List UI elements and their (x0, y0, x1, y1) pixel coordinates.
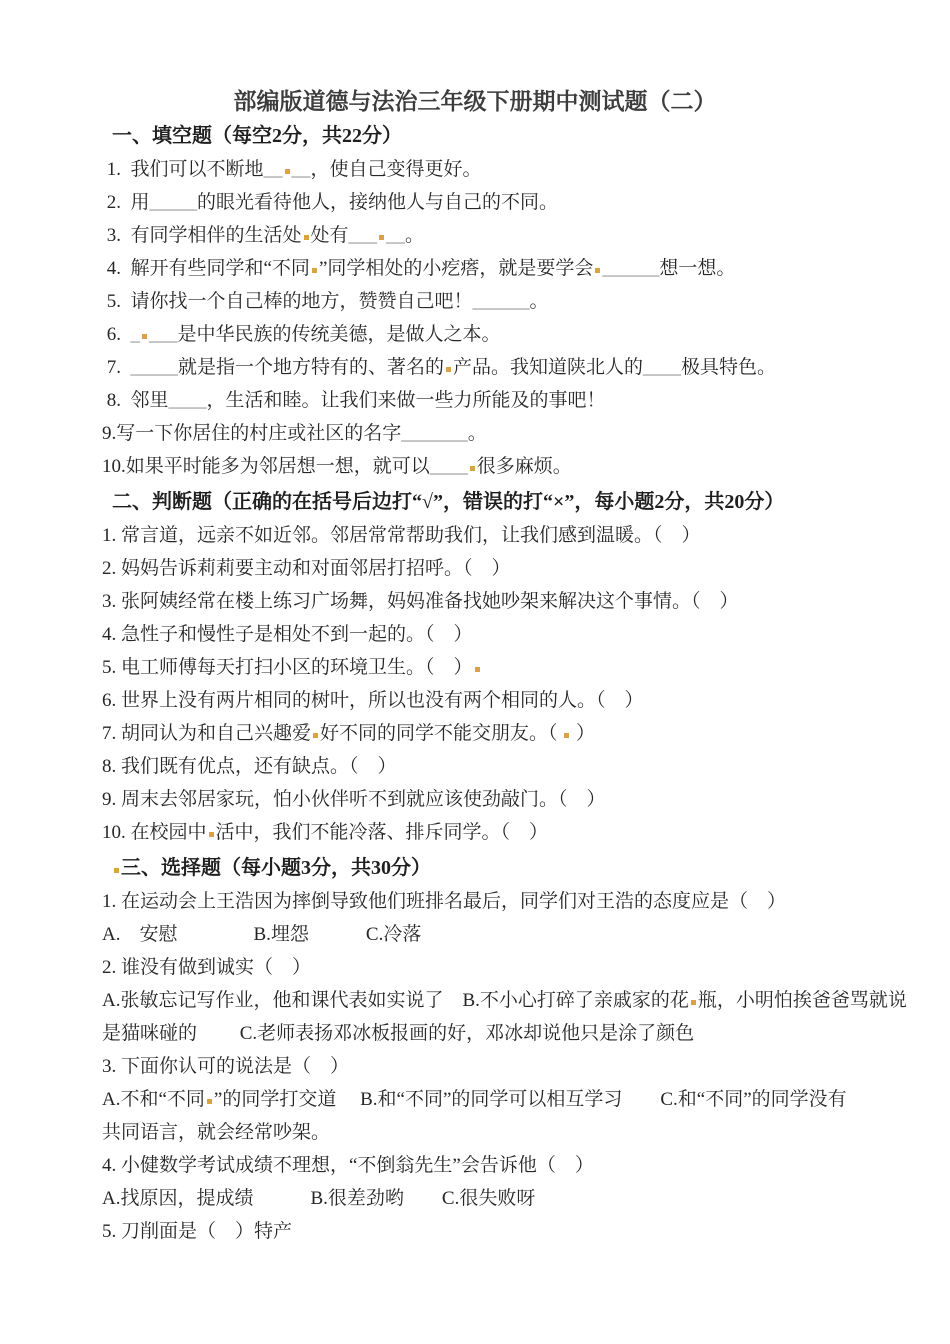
question-line: 9. 周末去邻居家玩，怕小伙伴听不到就应该使劲敲门。（ ） (102, 790, 914, 810)
question-line: 5. 刀削面是（ ）特产 (102, 1222, 914, 1242)
answer-blank: _____ (150, 192, 198, 213)
question-line: 4. 解开有些同学和“不同”同学相处的小疙瘩，就是要学会______想一想。 (102, 259, 914, 279)
options-line: A. 安慰 B.埋怨 C.冷落 (102, 925, 914, 945)
answer-blank: __ (292, 159, 311, 180)
answer-blank: __ (386, 225, 405, 246)
question-line: 7. _____就是指一个地方特有的、著名的产品。我知道陕北人的____极具特色… (102, 358, 914, 378)
question-line: 10. 在校园中活中，我们不能冷落、排斥同学。（ ） (102, 823, 914, 843)
section-heading: 一、填空题（每空2分，共22分） (112, 124, 914, 148)
answer-blank: ______ (473, 291, 530, 312)
proofing-dot-icon (312, 268, 317, 273)
proofing-dot-icon (691, 1000, 696, 1005)
question-line: 1. 常言道，远亲不如近邻。邻居常常帮助我们，让我们感到温暖。（ ） (102, 526, 914, 546)
answer-blank: ____ (643, 357, 681, 378)
question-line: 7. 胡同认为和自己兴趣爱好不同的同学不能交朋友。（ ） (102, 724, 914, 744)
question-line: 4. 小健数学考试成绩不理想，“不倒翁先生”会告诉他（ ） (102, 1156, 914, 1176)
proofing-dot-icon (114, 868, 119, 873)
question-line: 5. 电工师傅每天打扫小区的环境卫生。（ ） (102, 658, 914, 678)
answer-blank: _____ (131, 357, 179, 378)
question-line: 10.如果平时能多为邻居想一想，就可以____很多麻烦。 (102, 457, 914, 477)
answer-blank: ______ (602, 258, 659, 279)
answer-blank: ___ (149, 324, 178, 345)
question-line: 2. 用_____的眼光看待他人，接纳他人与自己的不同。 (102, 193, 914, 213)
proofing-dot-icon (595, 268, 600, 273)
options-line: A.找原因，提成绩 B.很差劲哟 C.很失败呀 (102, 1189, 914, 1209)
question-line: 9.写一下你居住的村庄或社区的名字_______。 (102, 424, 914, 444)
question-line: 2. 谁没有做到诚实（ ） (102, 958, 914, 978)
page-title: 部编版道德与法治三年级下册期中测试题（二） (0, 88, 950, 116)
question-line: 2. 妈妈告诉莉莉要主动和对面邻居打招呼。（ ） (102, 559, 914, 579)
test-paper-page: 部编版道德与法治三年级下册期中测试题（二） 一、填空题（每空2分，共22分） 1… (0, 0, 950, 1242)
options-line: 共同语言，就会经常吵架。 (102, 1123, 914, 1143)
section-multiple-choice: 三、选择题（每小题3分，共30分） 1. 在运动会上王浩因为摔倒导致他们班排名最… (102, 856, 914, 1242)
proofing-dot-icon (142, 334, 147, 339)
answer-blank: ____ (169, 390, 207, 411)
answer-blank: ___ (349, 225, 378, 246)
proofing-dot-icon (470, 466, 475, 471)
question-line: 5. 请你找一个自己棒的地方，赞赞自己吧！______。 (102, 292, 914, 312)
question-line: 3. 张阿姨经常在楼上练习广场舞，妈妈准备找她吵架来解决这个事情。（ ） (102, 592, 914, 612)
proofing-dot-icon (313, 733, 318, 738)
proofing-dot-icon (285, 169, 290, 174)
section-heading: 三、选择题（每小题3分，共30分） (112, 856, 914, 880)
answer-blank: _______ (401, 423, 468, 444)
proofing-dot-icon (475, 667, 480, 672)
question-line: 1. 在运动会上王浩因为摔倒导致他们班排名最后，同学们对王浩的态度应是（ ） (102, 892, 914, 912)
section-fill-blanks: 一、填空题（每空2分，共22分） 1. 我们可以不断地____，使自己变得更好。… (102, 124, 914, 477)
question-line: 1. 我们可以不断地____，使自己变得更好。 (102, 160, 914, 180)
answer-blank: __ (264, 159, 283, 180)
question-line: 8. 我们既有优点，还有缺点。（ ） (102, 757, 914, 777)
proofing-dot-icon (379, 235, 384, 240)
section-heading: 二、判断题（正确的在括号后边打“√”，错误的打“×”，每小题2分，共20分） (112, 490, 914, 514)
options-line: A.不和“不同”的同学打交道 B.和“不同”的同学可以相互学习 C.和“不同”的… (102, 1090, 914, 1110)
options-line: 是猫咪碰的 C.老师表扬邓冰板报画的好，邓冰却说他只是涂了颜色 (102, 1024, 914, 1044)
question-line: 3. 有同学相伴的生活处处有_____。 (102, 226, 914, 246)
proofing-dot-icon (209, 832, 214, 837)
options-line: A.张敏忘记写作业，他和课代表如实说了 B.不小心打碎了亲戚家的花瓶，小明怕挨爸… (102, 991, 914, 1011)
question-line: 6. ____是中华民族的传统美德，是做人之本。 (102, 325, 914, 345)
question-line: 8. 邻里____，生活和睦。让我们来做一些力所能及的事吧！ (102, 391, 914, 411)
section-true-false: 二、判断题（正确的在括号后边打“√”，错误的打“×”，每小题2分，共20分） 1… (102, 490, 914, 843)
proofing-dot-icon (207, 1099, 212, 1104)
proofing-dot-icon (564, 733, 569, 738)
question-line: 4. 急性子和慢性子是相处不到一起的。（ ） (102, 625, 914, 645)
answer-blank: ____ (430, 456, 468, 477)
proofing-dot-icon (446, 367, 451, 372)
question-line: 3. 下面你认可的说法是（ ） (102, 1057, 914, 1077)
proofing-dot-icon (304, 235, 309, 240)
answer-blank: _ (131, 324, 141, 345)
question-line: 6. 世界上没有两片相同的树叶，所以也没有两个相同的人。（ ） (102, 691, 914, 711)
